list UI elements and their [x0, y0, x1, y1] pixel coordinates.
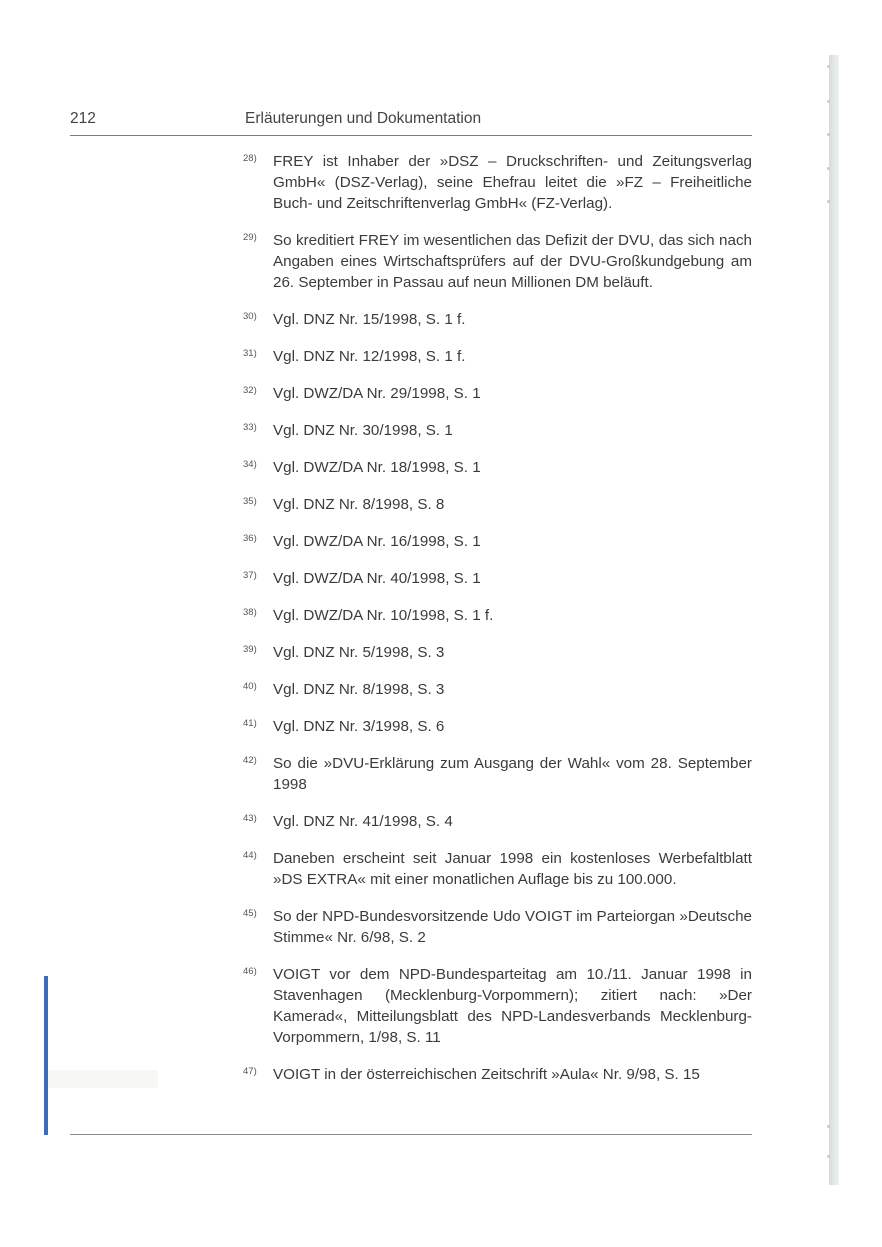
footnote-number: 45) — [243, 903, 257, 924]
footnote-item: 40)Vgl. DNZ Nr. 8/1998, S. 3 — [243, 679, 752, 700]
footnote-item: 42)So die »DVU-Erklärung zum Ausgang der… — [243, 753, 752, 795]
running-head-title: Erläuterungen und Dokumentation — [245, 110, 481, 128]
footnote-text: Vgl. DWZ/DA Nr. 16/1998, S. 1 — [273, 531, 752, 552]
footnote-number: 41) — [243, 713, 257, 734]
margin-marker-bar — [44, 976, 48, 1135]
footnote-text: Vgl. DWZ/DA Nr. 10/1998, S. 1 f. — [273, 605, 752, 626]
footnote-number: 42) — [243, 750, 257, 771]
footnote-text: Vgl. DNZ Nr. 8/1998, S. 3 — [273, 679, 752, 700]
footnote-list: 28)FREY ist Inhaber der »DSZ – Druckschr… — [243, 151, 752, 1101]
footnote-item: 44)Daneben erscheint seit Januar 1998 ei… — [243, 848, 752, 890]
footnote-item: 39)Vgl. DNZ Nr. 5/1998, S. 3 — [243, 642, 752, 663]
footnote-number: 47) — [243, 1061, 257, 1082]
footnote-item: 38)Vgl. DWZ/DA Nr. 10/1998, S. 1 f. — [243, 605, 752, 626]
footnote-text: Vgl. DWZ/DA Nr. 29/1998, S. 1 — [273, 383, 752, 404]
page-edge-notch — [827, 200, 830, 203]
footnote-text: Vgl. DNZ Nr. 15/1998, S. 1 f. — [273, 309, 752, 330]
footnote-number: 39) — [243, 639, 257, 660]
footnote-number: 43) — [243, 808, 257, 829]
footnote-number: 31) — [243, 343, 257, 364]
footnote-number: 38) — [243, 602, 257, 623]
footnote-text: Vgl. DNZ Nr. 5/1998, S. 3 — [273, 642, 752, 663]
footnote-number: 46) — [243, 961, 257, 982]
footnote-number: 33) — [243, 417, 257, 438]
footnote-item: 28)FREY ist Inhaber der »DSZ – Druckschr… — [243, 151, 752, 214]
footnote-item: 46)VOIGT vor dem NPD-Bundesparteitag am … — [243, 964, 752, 1048]
footnote-item: 37)Vgl. DWZ/DA Nr. 40/1998, S. 1 — [243, 568, 752, 589]
page-edge-notch — [827, 133, 830, 136]
footnote-number: 44) — [243, 845, 257, 866]
page-edge-shadow — [829, 55, 839, 1185]
footnote-text: Vgl. DNZ Nr. 30/1998, S. 1 — [273, 420, 752, 441]
footnote-text: VOIGT vor dem NPD-Bundesparteitag am 10.… — [273, 964, 752, 1048]
footnote-item: 29)So kreditiert FREY im wesentlichen da… — [243, 230, 752, 293]
footnote-text: Vgl. DNZ Nr. 3/1998, S. 6 — [273, 716, 752, 737]
footnote-text: Vgl. DWZ/DA Nr. 40/1998, S. 1 — [273, 568, 752, 589]
footnote-text: Vgl. DNZ Nr. 12/1998, S. 1 f. — [273, 346, 752, 367]
footnote-text: VOIGT in der österreichischen Zeitschrif… — [273, 1064, 752, 1085]
footnote-item: 33)Vgl. DNZ Nr. 30/1998, S. 1 — [243, 420, 752, 441]
footnote-item: 43)Vgl. DNZ Nr. 41/1998, S. 4 — [243, 811, 752, 832]
footnote-text: Vgl. DNZ Nr. 41/1998, S. 4 — [273, 811, 752, 832]
footnote-number: 40) — [243, 676, 257, 697]
page-edge-notch — [827, 65, 830, 68]
footnote-number: 29) — [243, 227, 257, 248]
page-edge-notch — [827, 167, 830, 170]
page-edge-notch — [827, 1125, 830, 1128]
footnote-number: 28) — [243, 148, 257, 169]
page-edge-notch — [827, 1155, 830, 1158]
footnote-text: So kreditiert FREY im wesentlichen das D… — [273, 230, 752, 293]
footnote-number: 36) — [243, 528, 257, 549]
footnote-item: 30)Vgl. DNZ Nr. 15/1998, S. 1 f. — [243, 309, 752, 330]
footnote-item: 47)VOIGT in der österreichischen Zeitsch… — [243, 1064, 752, 1085]
footnote-text: So der NPD-Bundesvorsitzende Udo VOIGT i… — [273, 906, 752, 948]
footnote-text: So die »DVU-Erklärung zum Ausgang der Wa… — [273, 753, 752, 795]
footnote-item: 36)Vgl. DWZ/DA Nr. 16/1998, S. 1 — [243, 531, 752, 552]
footnote-text: Vgl. DWZ/DA Nr. 18/1998, S. 1 — [273, 457, 752, 478]
footnote-number: 30) — [243, 306, 257, 327]
footnote-number: 35) — [243, 491, 257, 512]
footer-rule — [70, 1134, 752, 1135]
footnote-item: 31)Vgl. DNZ Nr. 12/1998, S. 1 f. — [243, 346, 752, 367]
footnote-number: 34) — [243, 454, 257, 475]
footnote-item: 41)Vgl. DNZ Nr. 3/1998, S. 6 — [243, 716, 752, 737]
footnote-number: 37) — [243, 565, 257, 586]
footnote-text: FREY ist Inhaber der »DSZ – Druckschrift… — [273, 151, 752, 214]
scan-smudge — [48, 1070, 158, 1088]
footnote-text: Daneben erscheint seit Januar 1998 ein k… — [273, 848, 752, 890]
footnote-item: 35)Vgl. DNZ Nr. 8/1998, S. 8 — [243, 494, 752, 515]
footnote-number: 32) — [243, 380, 257, 401]
page-number: 212 — [70, 110, 96, 128]
footnote-item: 34)Vgl. DWZ/DA Nr. 18/1998, S. 1 — [243, 457, 752, 478]
footnote-text: Vgl. DNZ Nr. 8/1998, S. 8 — [273, 494, 752, 515]
footnote-item: 45)So der NPD-Bundesvorsitzende Udo VOIG… — [243, 906, 752, 948]
running-head: 212 Erläuterungen und Dokumentation — [70, 108, 752, 136]
footnote-item: 32)Vgl. DWZ/DA Nr. 29/1998, S. 1 — [243, 383, 752, 404]
page-edge-notch — [827, 100, 830, 103]
